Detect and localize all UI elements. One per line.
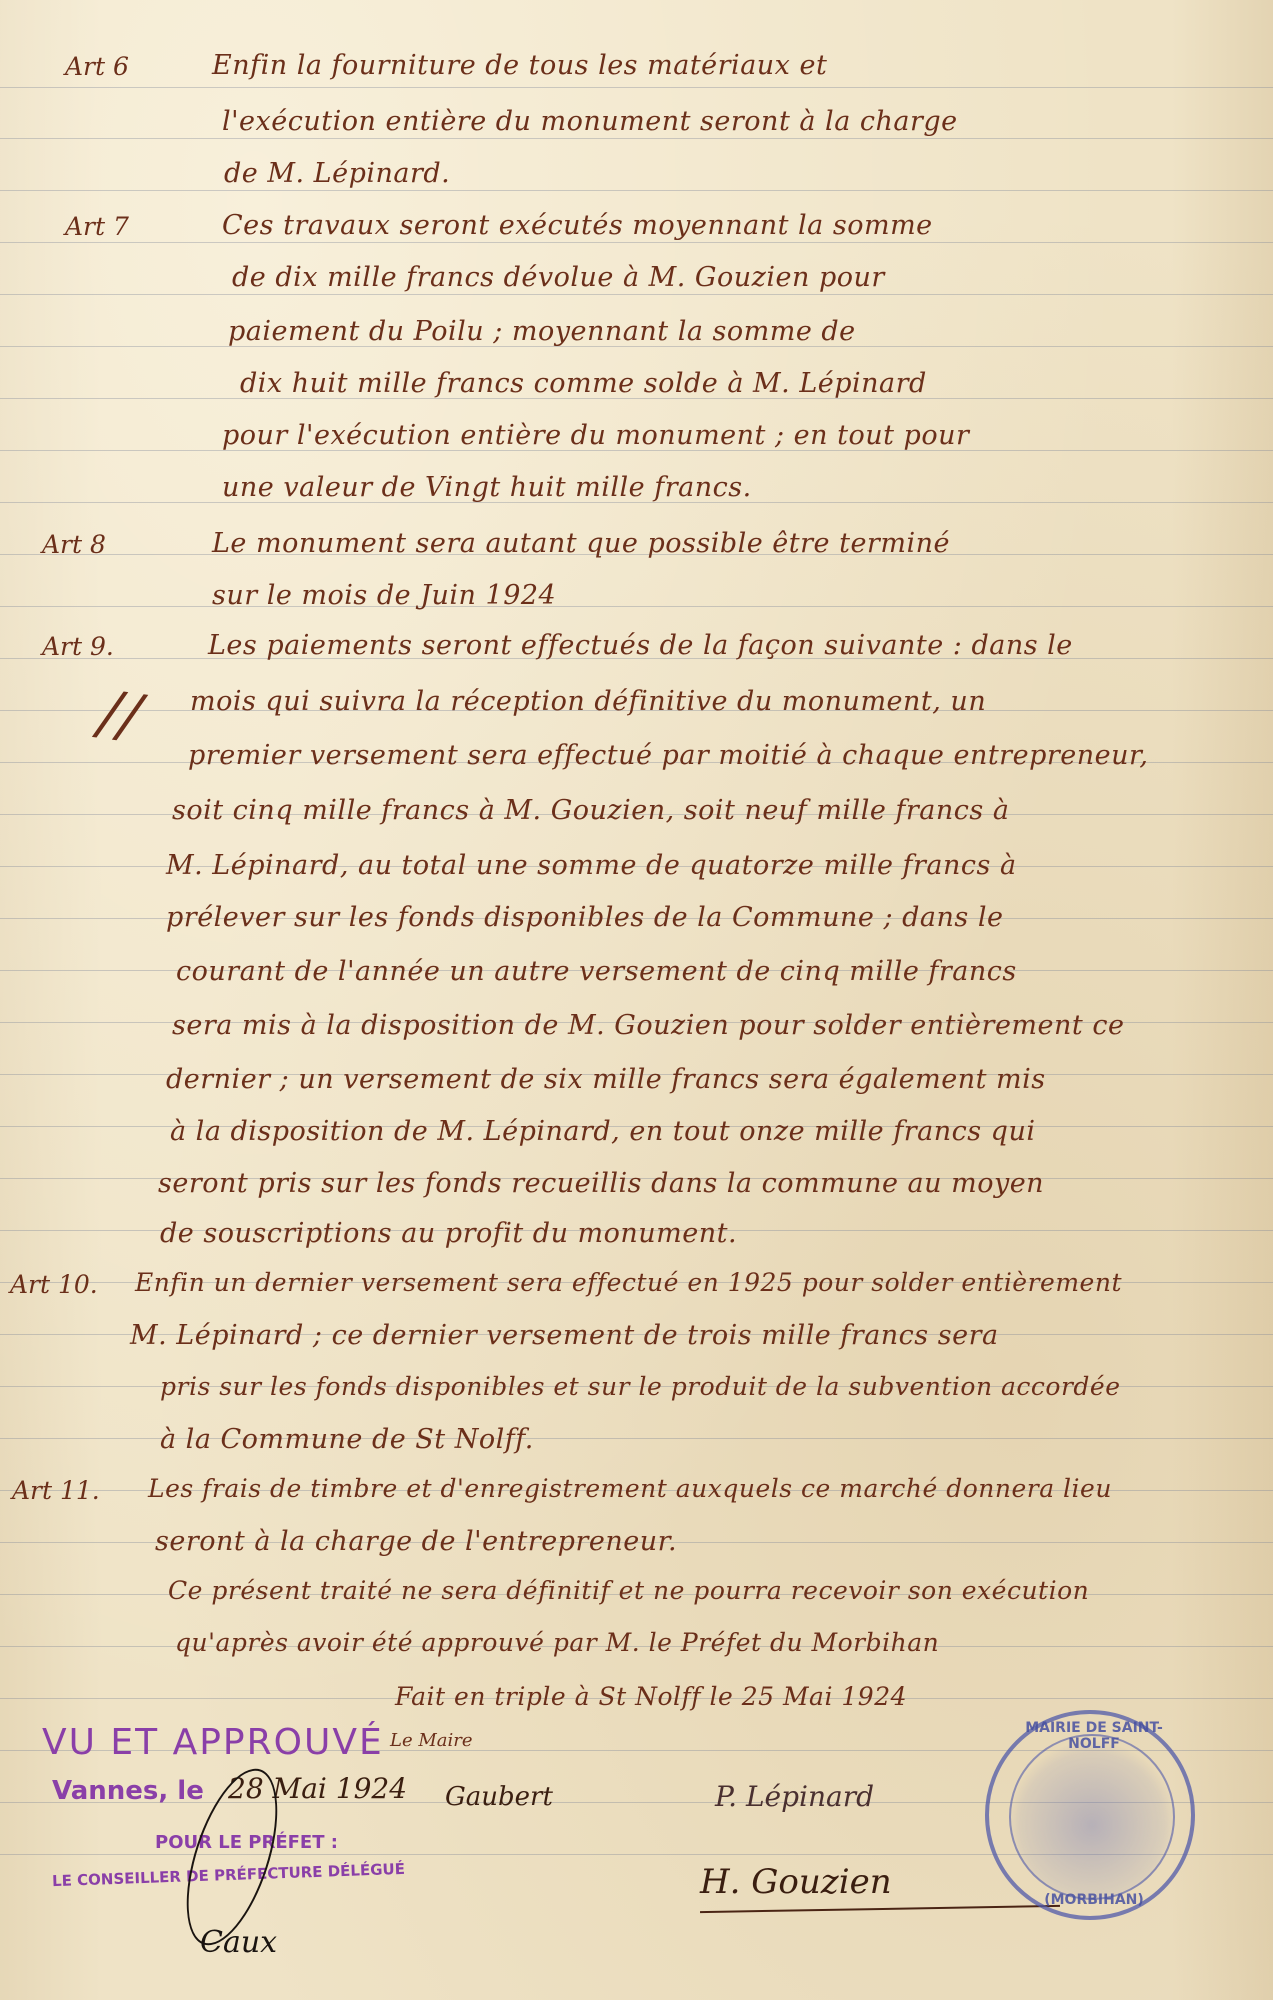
mayor-label: Le Maire [390,1730,473,1751]
article-line: à la Commune de St Nolff. [160,1424,534,1455]
article-line: dix huit mille francs comme solde à M. L… [240,368,927,399]
article-line: prélever sur les fonds disponibles de la… [166,902,1003,933]
lepinard-signature: P. Lépinard [715,1780,874,1813]
article-line: l'exécution entière du monument seront à… [222,106,958,137]
article-line: pris sur les fonds disponibles et sur le… [160,1372,1121,1401]
article-label: Art 7 [65,212,129,241]
closing-line: Ce présent traité ne sera définitif et n… [168,1576,1089,1605]
article-label: Art 10. [10,1270,98,1299]
article-line: courant de l'année un autre versement de… [176,956,1017,987]
seal-top-text: MAIRIE DE SAINT-NOLFF [1019,1720,1169,1752]
mairie-seal: MAIRIE DE SAINT-NOLFF (MORBIHAN) [985,1710,1195,1920]
gouzien-signature: H. Gouzien [700,1862,892,1902]
article-label: Art 8 [42,530,106,559]
article-line: sera mis à la disposition de M. Gouzien … [172,1010,1124,1041]
margin-slash-mark: // [95,678,145,753]
article-line: mois qui suivra la réception définitive … [190,686,986,717]
approval-place: Vannes, le [52,1776,204,1806]
article-line: Le monument sera autant que possible êtr… [212,528,950,559]
article-line: dernier ; un versement de six mille fran… [166,1064,1046,1095]
article-line: Ces travaux seront exécutés moyennant la… [222,210,933,241]
rule-line [0,294,1273,295]
seal-emblem [1009,1734,1175,1900]
article-line: seront pris sur les fonds recueillis dan… [158,1168,1044,1199]
article-label: Art 11. [12,1476,100,1505]
article-line: soit cinq mille francs à M. Gouzien, soi… [172,795,1009,826]
article-line: de souscriptions au profit du monument. [160,1218,737,1249]
place-date: Fait en triple à St Nolff le 25 Mai 1924 [395,1682,907,1711]
article-line: M. Lépinard ; ce dernier versement de tr… [130,1320,999,1351]
article-line: pour l'exécution entière du monument ; e… [222,420,969,451]
article-line: une valeur de Vingt huit mille francs. [222,472,752,503]
article-label: Art 9. [42,632,114,661]
rule-line [0,87,1273,88]
article-line: Les frais de timbre et d'enregistrement … [148,1474,1112,1503]
closing-line: qu'après avoir été approuvé par M. le Pr… [175,1628,939,1657]
document-page: Art 6 Enfin la fourniture de tous les ma… [0,0,1273,2000]
article-line: paiement du Poilu ; moyennant la somme d… [228,316,856,347]
rule-line [0,138,1273,139]
article-line: Enfin un dernier versement sera effectué… [135,1268,1122,1297]
article-line: à la disposition de M. Lépinard, en tout… [170,1116,1035,1147]
mayor-signature: Gaubert [445,1782,553,1812]
signature-underline [700,1905,1060,1913]
article-label: Art 6 [65,52,129,81]
article-line: de dix mille francs dévolue à M. Gouzien… [232,262,885,293]
rule-line [0,242,1273,243]
article-line: Les paiements seront effectués de la faç… [208,630,1073,661]
article-line: Enfin la fourniture de tous les matériau… [212,50,827,81]
rule-line [0,606,1273,607]
article-line: premier versement sera effectué par moit… [188,740,1149,771]
approval-title: VU ET APPROUVÉ [42,1722,384,1763]
rule-line [0,190,1273,191]
article-line: M. Lépinard, au total une somme de quato… [166,850,1017,881]
article-line: de M. Lépinard. [224,158,450,189]
seal-bottom-text: (MORBIHAN) [1029,1892,1159,1908]
article-line: sur le mois de Juin 1924 [212,580,556,611]
article-line: seront à la charge de l'entrepreneur. [155,1526,677,1557]
